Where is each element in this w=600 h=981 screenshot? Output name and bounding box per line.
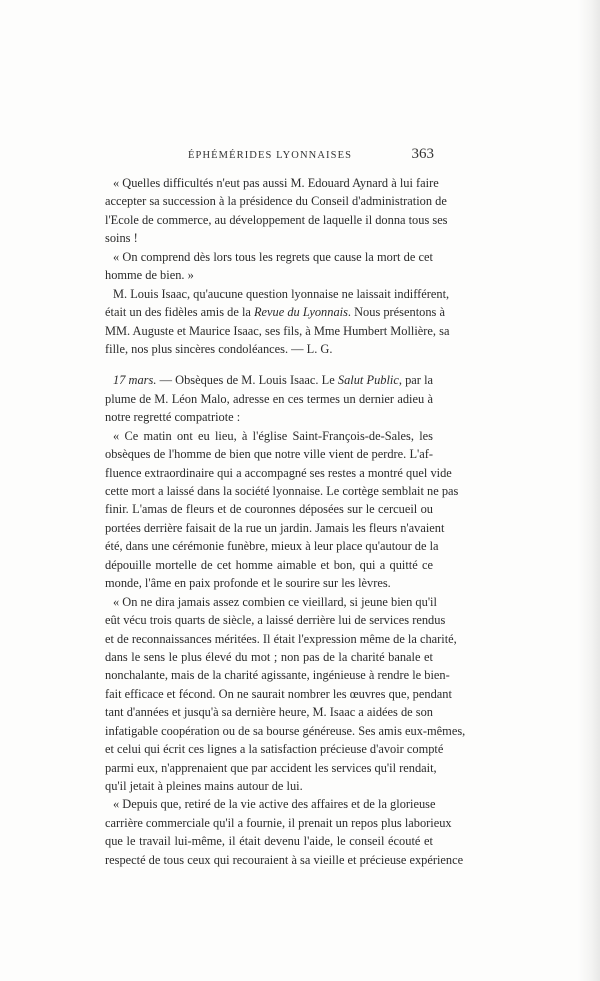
italic-text: 17 mars. <box>113 373 156 387</box>
text-line: notre regretté compatriote : <box>105 408 433 426</box>
section-gap <box>105 358 433 371</box>
text-line: « Depuis que, retiré de la vie active de… <box>105 795 433 813</box>
text-line: « On ne dira jamais assez combien ce vie… <box>105 593 433 611</box>
text-line: respecté de tous ceux qui recouraient à … <box>105 851 433 869</box>
text-line: 17 mars. — Obsèques de M. Louis Isaac. L… <box>105 371 433 389</box>
paragraph-7: « Depuis que, retiré de la vie active de… <box>105 795 433 869</box>
text-line: que le travail lui-même, il était devenu… <box>105 832 433 850</box>
text-line: et celui qui écrit ces lignes a la satis… <box>105 740 433 758</box>
text-line: parmi eux, n'apprenaient que par acciden… <box>105 759 433 777</box>
paragraph-5: « Ce matin ont eu lieu, à l'église Saint… <box>105 427 433 593</box>
text-line: fille, nos plus sincères condoléances. —… <box>105 340 433 358</box>
text-line: fluence extraordinaire qui a accompagné … <box>105 464 433 482</box>
page-edge-shadow <box>578 0 600 981</box>
running-title: ÉPHÉMÉRIDES LYONNAISES <box>188 150 352 161</box>
text-line: été, dans une cérémonie funèbre, mieux à… <box>105 537 433 555</box>
page-number: 363 <box>412 146 435 163</box>
text-line: l'Ecole de commerce, au développement de… <box>105 211 433 229</box>
text-line: obsèques de l'homme de bien que notre vi… <box>105 445 433 463</box>
paragraph-3: M. Louis Isaac, qu'aucune question lyonn… <box>105 285 433 359</box>
text-line: M. Louis Isaac, qu'aucune question lyonn… <box>105 285 433 303</box>
text-line: infatigable coopération ou de sa bourse … <box>105 722 433 740</box>
paragraph-2: « On comprend dès lors tous les regrets … <box>105 248 433 285</box>
text-line: « Quelles difficultés n'eut pas aussi M.… <box>105 174 433 192</box>
text-line: tant d'années et jusqu'à sa dernière heu… <box>105 703 433 721</box>
text-line: « On comprend dès lors tous les regrets … <box>105 248 433 266</box>
text-line: « Ce matin ont eu lieu, à l'église Saint… <box>105 427 433 445</box>
text-line: plume de M. Léon Malo, adresse en ces te… <box>105 390 433 408</box>
page-body: « Quelles difficultés n'eut pas aussi M.… <box>105 174 433 869</box>
italic-text: Salut Public <box>338 373 399 387</box>
text-line: eût vécu trois quarts de siècle, a laiss… <box>105 611 433 629</box>
paragraph-4: 17 mars. — Obsèques de M. Louis Isaac. L… <box>105 371 433 426</box>
text-line: qu'il jetait à pleines mains autour de l… <box>105 777 433 795</box>
text-line: cette mort a laissé dans la société lyon… <box>105 482 433 500</box>
text-line: était un des fidèles amis de la Revue du… <box>105 303 433 321</box>
text-line: dans le sens le plus élevé du mot ; non … <box>105 648 433 666</box>
text-line: MM. Auguste et Maurice Isaac, ses fils, … <box>105 322 433 340</box>
paragraph-6: « On ne dira jamais assez combien ce vie… <box>105 593 433 796</box>
text-line: homme de bien. » <box>105 266 433 284</box>
text-line: soins ! <box>105 229 433 247</box>
italic-text: Revue du Lyonnais <box>254 305 348 319</box>
paragraph-1: « Quelles difficultés n'eut pas aussi M.… <box>105 174 433 248</box>
text-line: monde, l'âme en paix profonde et le sour… <box>105 574 433 592</box>
text-line: fait efficace et fécond. On ne saurait n… <box>105 685 433 703</box>
text-line: portées derrière faisait de la rue un ja… <box>105 519 433 537</box>
text-line: accepter sa succession à la présidence d… <box>105 192 433 210</box>
page-header: ÉPHÉMÉRIDES LYONNAISES 363 <box>104 148 434 166</box>
text-line: carrière commerciale qu'il a fournie, il… <box>105 814 433 832</box>
text-line: et de reconnaissances méritées. Il était… <box>105 630 433 648</box>
text-line: finir. L'amas de fleurs et de couronnes … <box>105 500 433 518</box>
text-line: dépouille mortelle de cet homme aimable … <box>105 556 433 574</box>
text-line: nonchalante, mais de la charité agissant… <box>105 666 433 684</box>
